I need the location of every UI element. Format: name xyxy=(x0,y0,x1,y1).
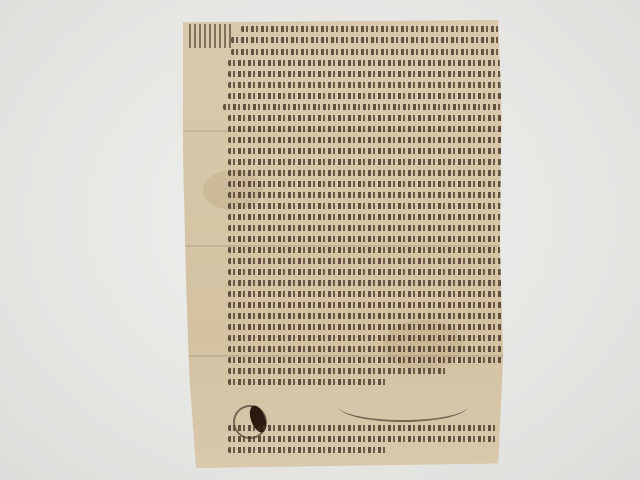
handwritten-line xyxy=(228,379,388,385)
handwritten-line xyxy=(228,71,502,77)
handwritten-line xyxy=(228,159,502,165)
handwritten-line xyxy=(228,82,502,88)
handwritten-line xyxy=(228,368,448,374)
handwritten-line xyxy=(228,280,502,286)
signature xyxy=(338,390,468,422)
handwritten-line xyxy=(228,203,502,209)
handwritten-line xyxy=(228,60,502,66)
handwritten-line xyxy=(228,93,502,99)
handwritten-line xyxy=(228,313,502,319)
handwritten-line xyxy=(228,115,502,121)
handwritten-line xyxy=(228,236,502,242)
manuscript-page xyxy=(183,20,508,468)
handwritten-line xyxy=(228,225,502,231)
handwritten-line xyxy=(228,447,388,453)
handwritten-line xyxy=(228,258,502,264)
handwritten-line xyxy=(228,192,502,198)
handwritten-line xyxy=(228,291,502,297)
handwritten-line xyxy=(228,137,502,143)
handwritten-line xyxy=(228,214,502,220)
handwritten-line xyxy=(228,346,502,352)
handwritten-line xyxy=(228,148,502,154)
handwritten-line xyxy=(231,49,502,55)
handwritten-line xyxy=(223,104,502,110)
handwritten-line xyxy=(228,324,502,330)
handwritten-line xyxy=(228,247,502,253)
handwritten-line xyxy=(228,181,502,187)
handwritten-line xyxy=(228,269,502,275)
handwritten-line xyxy=(228,126,502,132)
margin-note xyxy=(189,24,234,48)
handwritten-line xyxy=(228,425,498,431)
handwritten-line xyxy=(228,170,502,176)
handwritten-line xyxy=(241,26,502,32)
handwritten-line xyxy=(228,436,498,442)
handwritten-line xyxy=(228,302,502,308)
handwritten-line xyxy=(231,37,502,43)
handwritten-line xyxy=(228,335,502,341)
handwritten-line xyxy=(228,357,502,363)
